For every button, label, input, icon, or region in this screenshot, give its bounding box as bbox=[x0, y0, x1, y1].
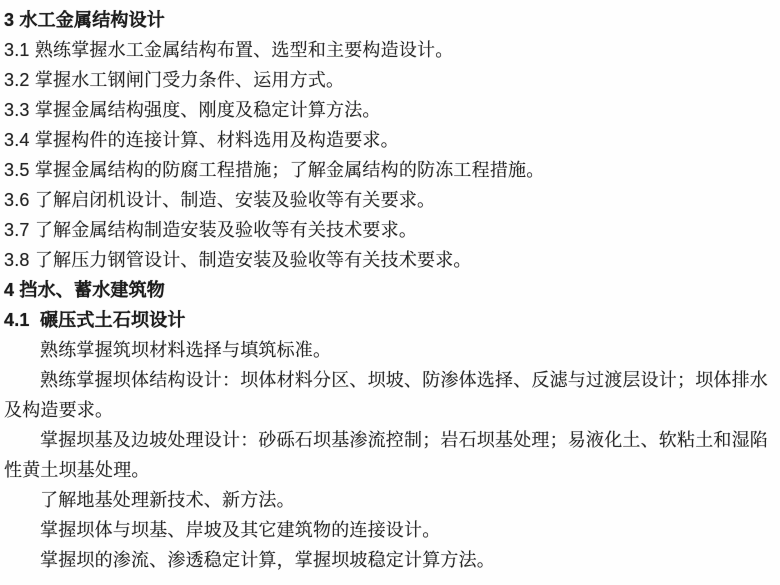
text-line: 掌握坝的渗流、渗透稳定计算，掌握坝坡稳定计算方法。 bbox=[4, 545, 774, 575]
text-line: 3.6 了解启闭机设计、制造、安装及验收等有关要求。 bbox=[4, 185, 774, 215]
text-line: 掌握坝基及边坡处理设计：砂砾石坝基渗流控制；岩石坝基处理；易液化土、软粘土和湿陷 bbox=[4, 425, 774, 455]
section-heading: 4.1 碾压式土石坝设计 bbox=[4, 305, 774, 335]
document-lines: 3 水工金属结构设计3.1 熟练掌握水工金属结构布置、选型和主要构造设计。3.2… bbox=[4, 5, 774, 575]
text-line: 熟练掌握坝体结构设计：坝体材料分区、坝坡、防渗体选择、反滤与过渡层设计；坝体排水 bbox=[4, 365, 774, 395]
section-heading: 4 挡水、蓄水建筑物 bbox=[4, 275, 774, 305]
document-page: 3 水工金属结构设计3.1 熟练掌握水工金属结构布置、选型和主要构造设计。3.2… bbox=[0, 0, 780, 585]
text-line: 3.2 掌握水工钢闸门受力条件、运用方式。 bbox=[4, 65, 774, 95]
section-heading: 3 水工金属结构设计 bbox=[4, 5, 774, 35]
text-line: 3.5 掌握金属结构的防腐工程措施；了解金属结构的防冻工程措施。 bbox=[4, 155, 774, 185]
text-line: 3.8 了解压力钢管设计、制造安装及验收等有关技术要求。 bbox=[4, 245, 774, 275]
text-line: 3.1 熟练掌握水工金属结构布置、选型和主要构造设计。 bbox=[4, 35, 774, 65]
text-line: 掌握坝体与坝基、岸坡及其它建筑物的连接设计。 bbox=[4, 515, 774, 545]
text-line: 熟练掌握筑坝材料选择与填筑标准。 bbox=[4, 335, 774, 365]
text-line: 了解地基处理新技术、新方法。 bbox=[4, 485, 774, 515]
text-line: 性黄土坝基处理。 bbox=[4, 455, 774, 485]
text-line: 3.3 掌握金属结构强度、刚度及稳定计算方法。 bbox=[4, 95, 774, 125]
text-line: 及构造要求。 bbox=[4, 395, 774, 425]
text-line: 3.4 掌握构件的连接计算、材料选用及构造要求。 bbox=[4, 125, 774, 155]
text-line: 3.7 了解金属结构制造安装及验收等有关技术要求。 bbox=[4, 215, 774, 245]
